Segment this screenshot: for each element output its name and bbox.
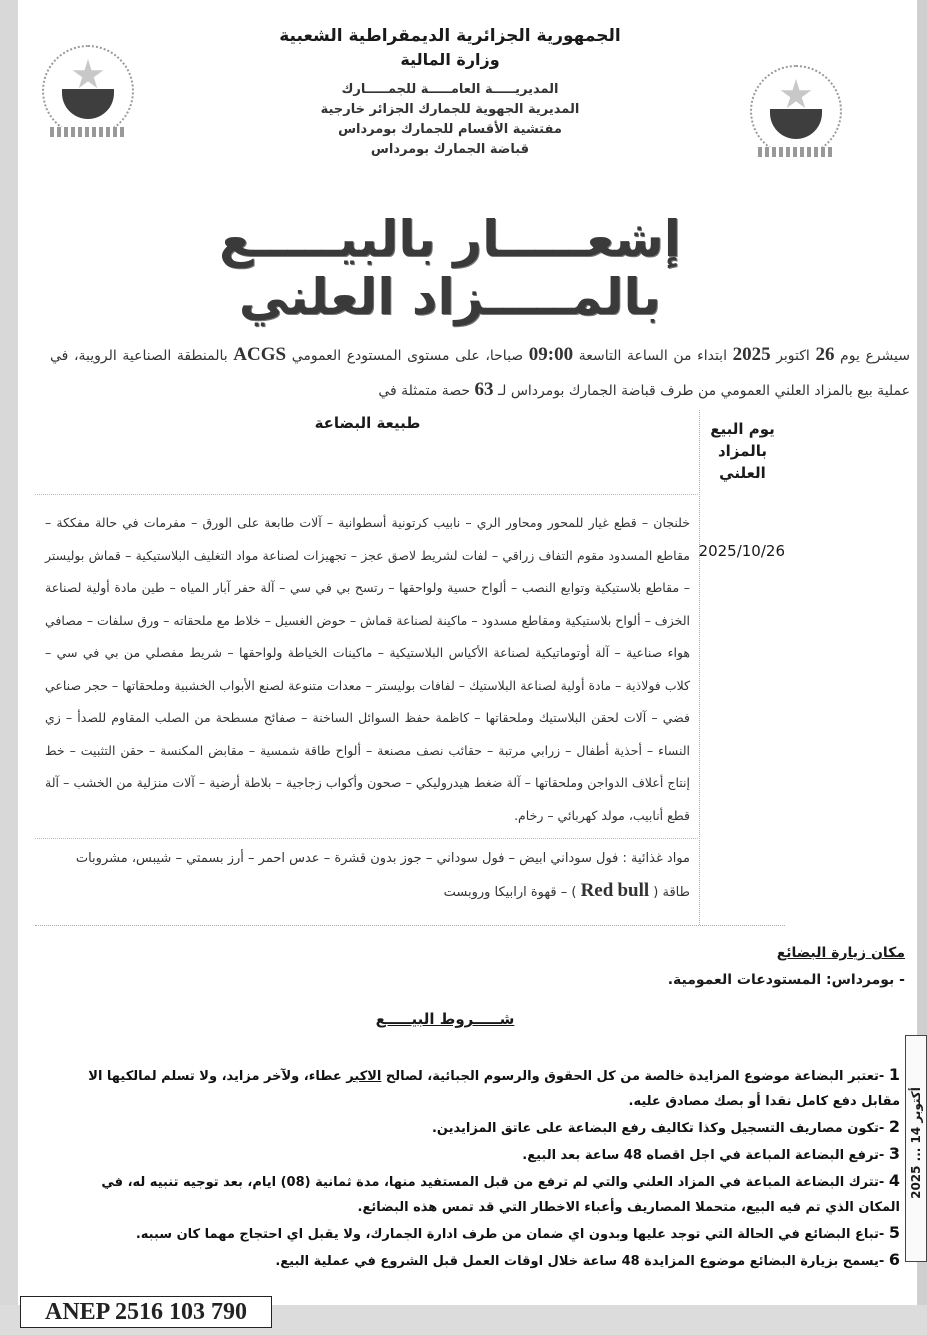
intro-paragraph: سيشرع يوم 26 اكتوبر 2025 ابتداء من الساع… <box>50 338 910 408</box>
table-divider <box>35 925 785 926</box>
food-tail: ) – قهوة ارابيكا وروبست <box>444 885 577 900</box>
condition-text: -تكون مصاريف التسجيل وكذا تكاليف رفع الب… <box>432 1121 884 1136</box>
inspection-office: مفتشية الأقسام للجمارك بومرداس <box>250 120 650 140</box>
condition-item: 4 -تترك البضاعة المباعة في المزاد العلني… <box>60 1168 900 1220</box>
intro-text: حصة متمثلة في <box>378 383 470 399</box>
condition-item: 5 -تباع البضائع في الحالة التي توجد عليه… <box>60 1220 900 1247</box>
food-label: مواد غذائية : <box>623 851 690 866</box>
sale-date: 2025/10/26 <box>700 542 785 560</box>
intro-text: سيشرع يوم <box>840 348 910 364</box>
condition-number: 6 <box>889 1250 900 1269</box>
sale-year: 2025 <box>733 344 771 365</box>
title-line-1: إشعـــــار بالبيـــــع <box>200 210 700 268</box>
condition-text: -تباع البضائع في الحالة التي توجد عليها … <box>136 1227 885 1242</box>
condition-text: -يسمح بزيارة البضائع موضوع المزايدة 48 س… <box>275 1254 884 1269</box>
lots-count: 63 <box>475 379 494 400</box>
condition-item: 3 -ترفع البضاعة المباعة في اجل اقصاه 48 … <box>60 1141 900 1168</box>
intro-text: ابتداء من الساعة التاسعة <box>579 348 727 364</box>
sale-day: 26 <box>815 344 834 365</box>
condition-number: 4 <box>889 1171 900 1190</box>
sale-date-header: يوم البيع بالمزاد العلني <box>700 418 785 484</box>
visit-location: مكان زيارة البضائع - بومرداس: المستودعات… <box>560 940 905 994</box>
directorate-general: المديريـــــة العامـــــة للجمـــــارك <box>250 80 650 100</box>
condition-item: 6 -يسمح بزيارة البضائع موضوع المزايدة 48… <box>60 1247 900 1274</box>
goods-list: خلنجان – قطع غيار للمحور ومحاور الري – ن… <box>35 495 700 832</box>
ministry-name: وزارة المالية <box>250 48 650 72</box>
food-items: مواد غذائية : فول سوداني ابيض – فول سودا… <box>35 838 700 909</box>
scan-border-left <box>0 0 18 1310</box>
brand-bull: bull <box>617 880 649 901</box>
letterhead: الجمهورية الجزائرية الديمقراطية الشعبية … <box>250 24 650 160</box>
title-line-2: بالمـــــزاد العلني <box>200 268 700 326</box>
intro-text: صباحا، على مستوى المستودع العمومي <box>292 348 524 364</box>
condition-number: 1 <box>889 1065 900 1084</box>
conditions-heading: شـــــروط البيـــــع <box>330 1010 560 1028</box>
visit-heading: مكان زيارة البضائع <box>560 940 905 967</box>
customs-emblem-left-icon <box>42 45 134 155</box>
visit-place: - بومرداس: المستودعات العمومية. <box>560 967 905 994</box>
condition-number: 5 <box>889 1223 900 1242</box>
warehouse-code: ACGS <box>233 344 286 365</box>
customs-receipt: قباضة الجمارك بومرداس <box>250 140 650 160</box>
condition-text: -ترفع البضاعة المباعة في اجل اقصاه 48 سا… <box>522 1148 884 1163</box>
customs-emblem-right-icon <box>750 65 842 175</box>
condition-item: 1 -تعتبر البضاعة موضوع المزايدة خالصة من… <box>60 1062 900 1114</box>
condition-text: -تترك البضاعة المباعة في المزاد العلني و… <box>101 1175 900 1215</box>
condition-number: 2 <box>889 1117 900 1136</box>
sale-date-column: يوم البيع بالمزاد العلني 2025/10/26 <box>699 410 785 925</box>
condition-text: -تعتبر البضاعة موضوع المزايدة خالصة من ك… <box>386 1069 884 1084</box>
regional-directorate: المديرية الجهوية للجمارك الجزائر خارجية <box>250 100 650 120</box>
brand-red: Red <box>581 880 614 901</box>
condition-underlined: الاكبر <box>346 1069 381 1084</box>
republic-name: الجمهورية الجزائرية الديمقراطية الشعبية <box>250 24 650 48</box>
goods-column: طبيعة البضاعة خلنجان – قطع غيار للمحور و… <box>35 410 700 925</box>
sale-month: اكتوبر <box>776 348 810 364</box>
sale-time: 09:00 <box>529 344 573 365</box>
conditions-list: 1 -تعتبر البضاعة موضوع المزايدة خالصة من… <box>60 1062 900 1274</box>
notice-title: إشعـــــار بالبيـــــع بالمـــــزاد العل… <box>200 210 700 326</box>
date-stamp-text: 2025 ... 14 أكتوبر <box>909 1043 923 1243</box>
condition-number: 3 <box>889 1144 900 1163</box>
anep-reference: ANEP 2516 103 790 <box>20 1296 272 1328</box>
date-stamp: 2025 ... 14 أكتوبر <box>905 1035 927 1262</box>
goods-table: يوم البيع بالمزاد العلني 2025/10/26 طبيع… <box>35 410 785 925</box>
goods-header: طبيعة البضاعة <box>35 414 700 495</box>
condition-item: 2 -تكون مصاريف التسجيل وكذا تكاليف رفع ا… <box>60 1114 900 1141</box>
